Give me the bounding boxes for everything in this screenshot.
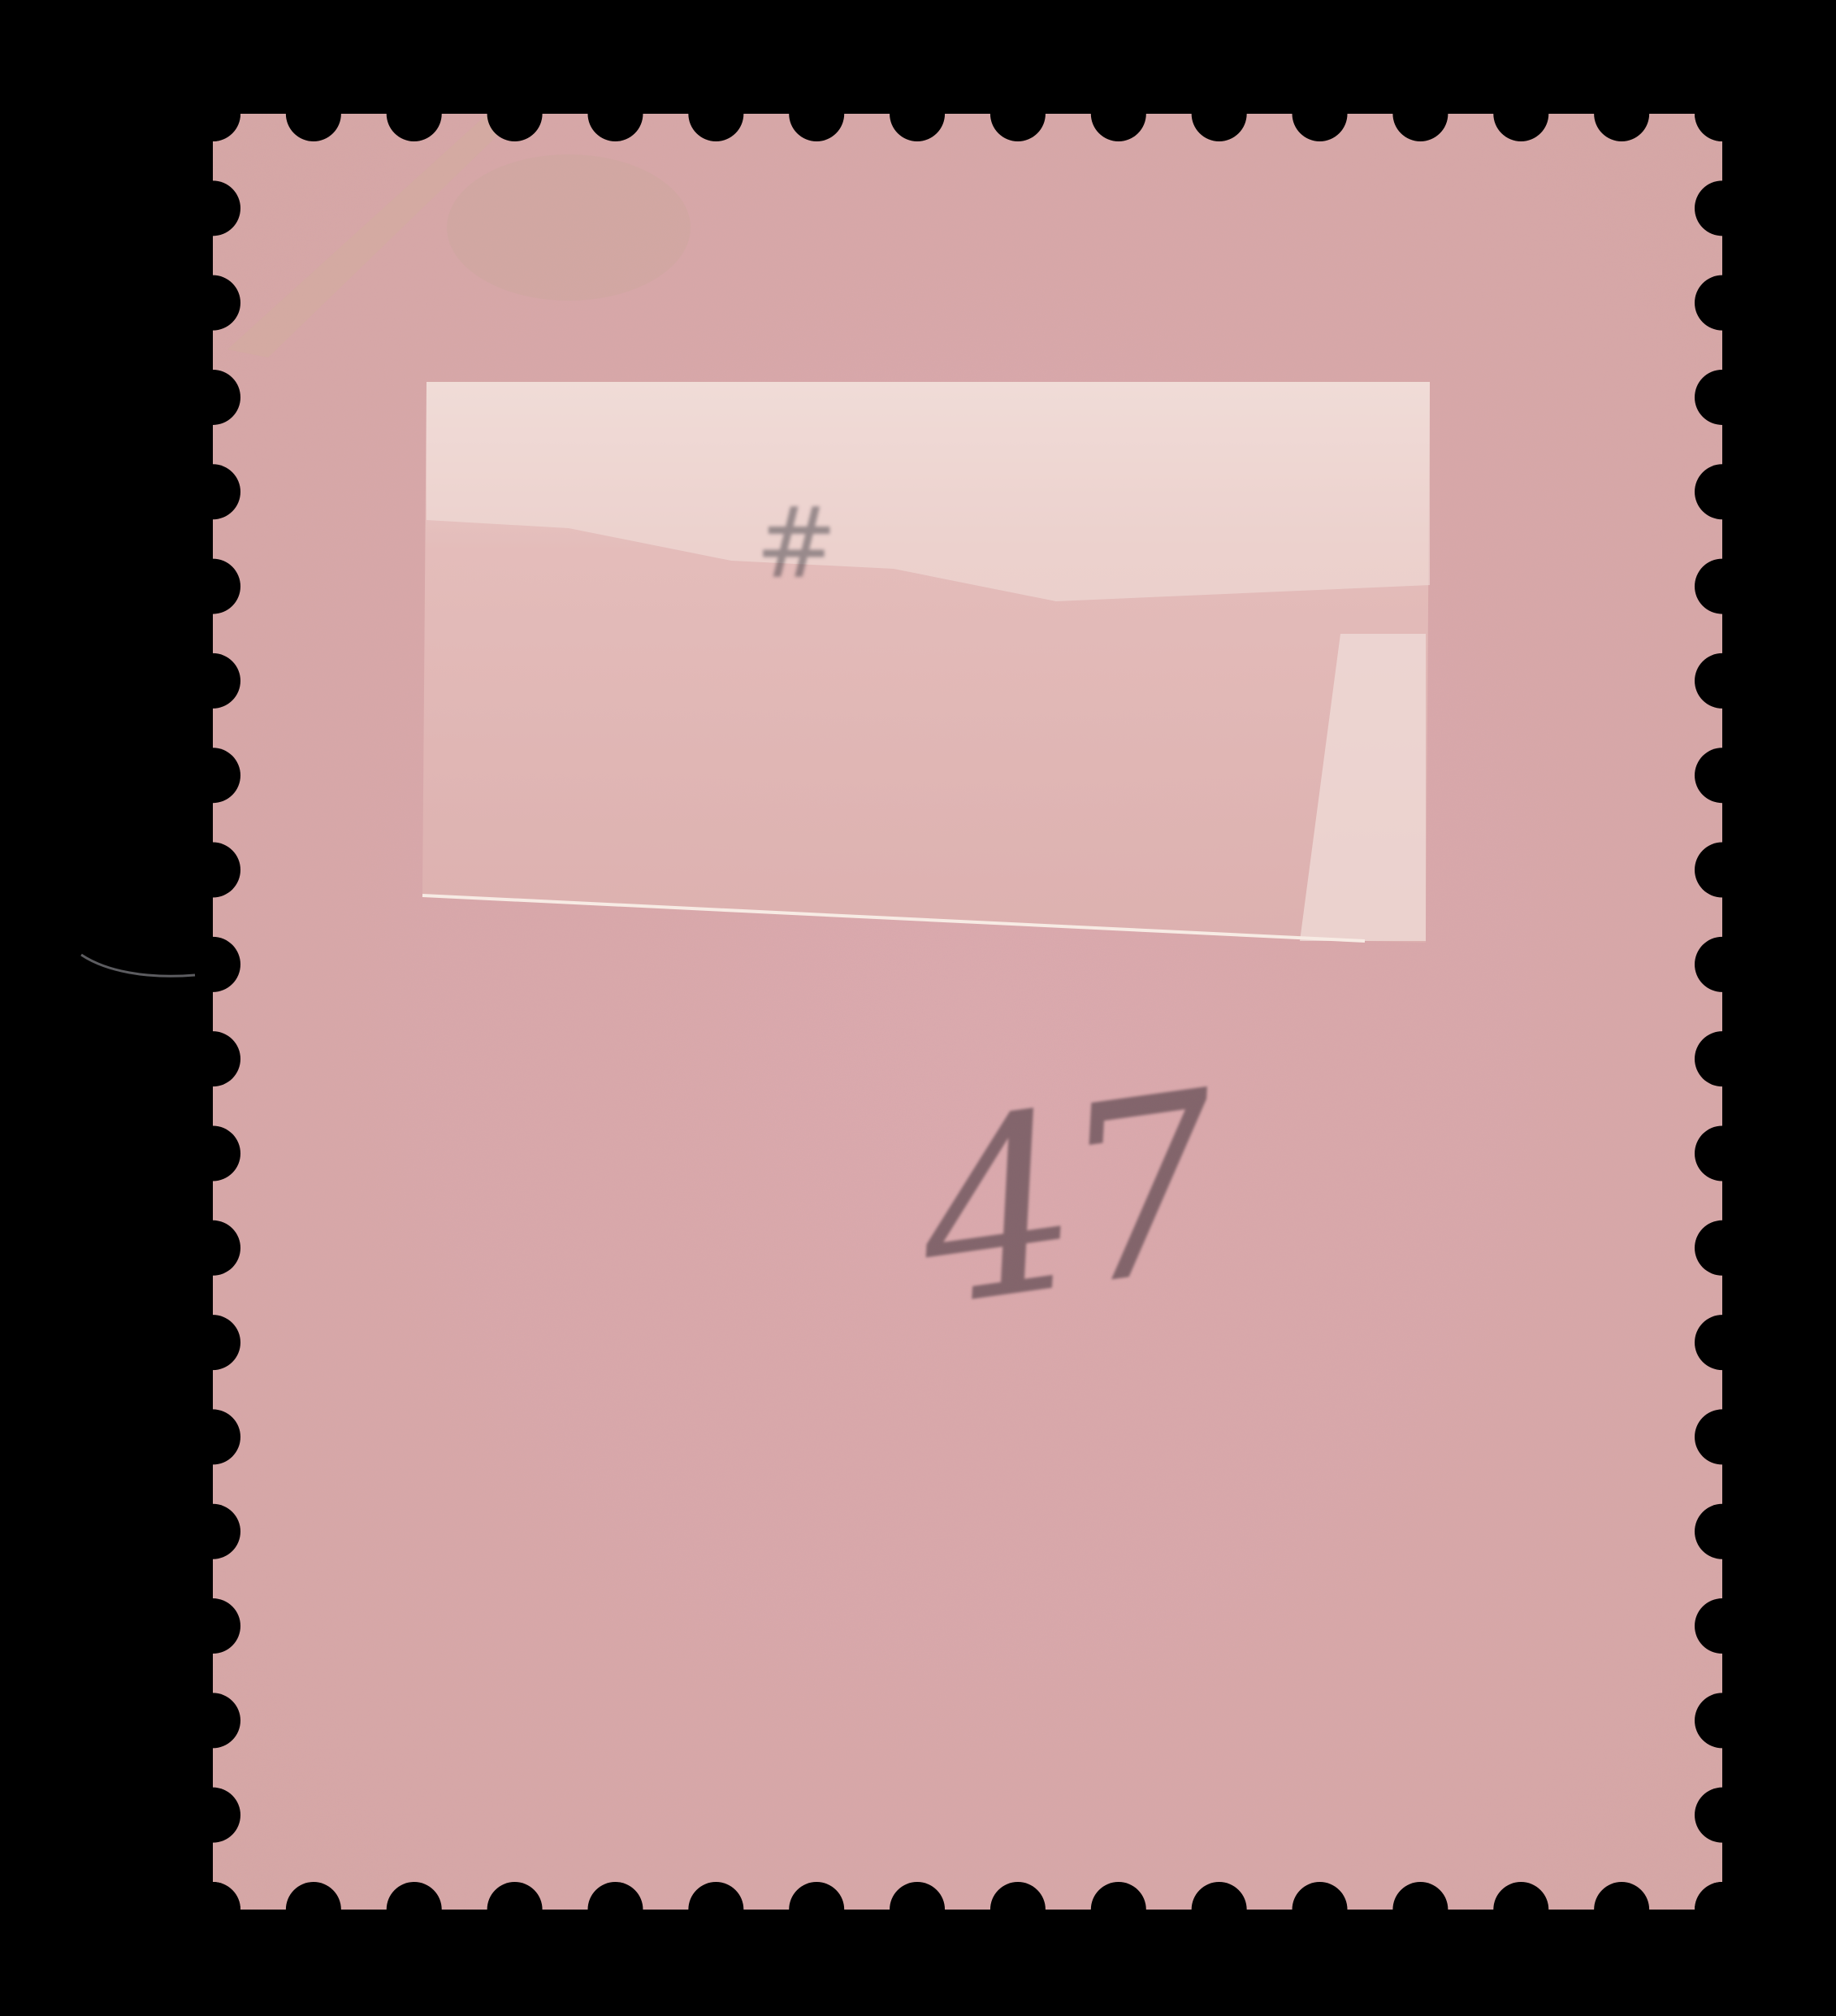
- stamp-back: [0, 0, 1836, 2016]
- stamp-hinge-remnant: [422, 382, 1430, 943]
- photo-stage: # 47: [0, 0, 1836, 2016]
- stamp-paper: [179, 81, 1755, 1942]
- hinge-pencil-mark: #: [756, 488, 838, 600]
- pencil-catalog-number: 47: [902, 1040, 1232, 1362]
